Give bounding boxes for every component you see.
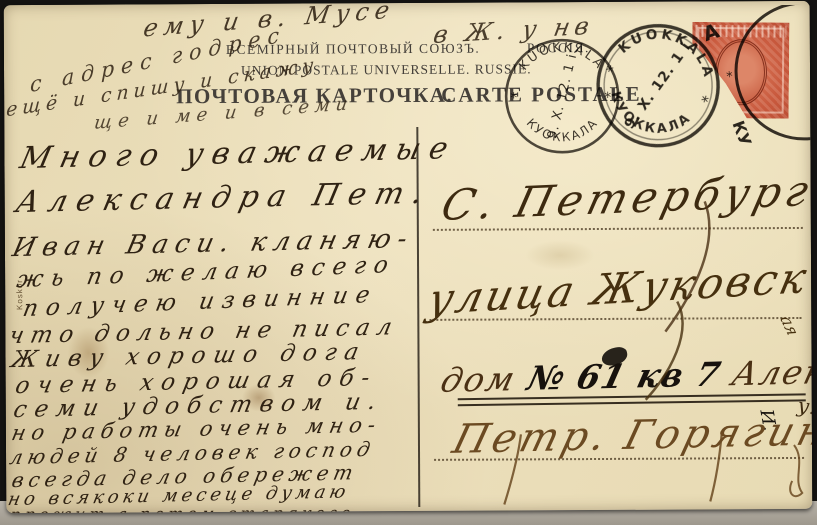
postcard-scan: ВСЕМІРНЫЙ ПОЧТОВЫЙ СОЮЗЪ. РОССІЯ. UNION … [0,0,817,525]
postmark-star-left: * [510,90,517,106]
postmark-partial-letter: A [700,18,723,46]
postmark-partial-letters: КУ [729,118,756,145]
postmark-star: * [719,69,735,83]
postmark-partial: A КУ * [692,5,811,146]
postcard: ВСЕМІРНЫЙ ПОЧТОВЫЙ СОЮЗЪ. РОССІЯ. UNION … [4,1,813,513]
postmark-star-left: * [603,61,616,81]
